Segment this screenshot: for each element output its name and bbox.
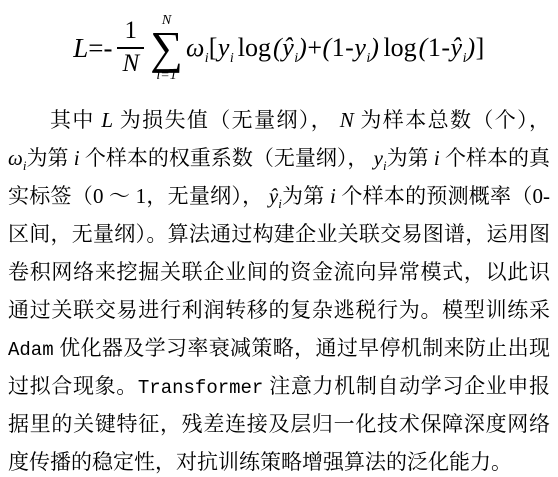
- description-paragraph: 其中 L 为损失值（无量纲）， N 为样本总数（个）， ωi为第 i 个样本的权…: [0, 96, 558, 477]
- paragraph-line: 据里的关键特征，残差连接及层归一化技术保障深度网络梯: [8, 405, 550, 443]
- sigma-symbol: ∑: [150, 28, 183, 67]
- text-segment: 据里的关键特征，残差连接及层归一化技术保障深度网络梯: [8, 412, 550, 443]
- one-minus: 1-: [428, 33, 451, 62]
- inline-math-yhat: ŷ: [269, 184, 278, 208]
- log-function: log: [238, 33, 271, 62]
- y-symbol: y: [354, 33, 366, 62]
- fraction-denominator: N: [117, 47, 144, 79]
- text-segment: 为损失值（无量纲），: [113, 108, 340, 132]
- close-bracket: ]: [476, 33, 485, 62]
- text-segment: 卷积网络来挖掘关联企业间的资金流向异常模式，以此识别: [8, 260, 550, 291]
- close-paren: ): [298, 33, 307, 62]
- text-segment: 为第: [26, 146, 73, 170]
- text-segment: 其中: [50, 108, 101, 132]
- paragraph-line: 实标签（0 ～ 1，无量纲）， ŷi为第 i 个样本的预测概率（0-1: [8, 177, 550, 215]
- paragraph-line: 区间，无量纲）。算法通过构建企业关联交易图谱，运用图: [8, 215, 550, 253]
- formula-lhs: L=-: [73, 35, 112, 62]
- inline-math-omega: ω: [8, 146, 23, 170]
- loss-function-formula: L=- 1 N N ∑ i=1 ωi[yilog(ŷi)+(1-yi)log(1…: [0, 0, 558, 96]
- paragraph-line: ωi为第 i 个样本的权重系数（无量纲）， yi为第 i 个样本的真: [8, 139, 550, 177]
- text-segment: 过拟合现象。: [8, 374, 138, 398]
- loss-symbol: L: [73, 33, 88, 63]
- y-symbol: y: [218, 33, 230, 62]
- open-bracket: [: [209, 33, 218, 62]
- summation-lower-limit: i=1: [156, 68, 176, 83]
- text-segment: 优化器及学习率衰减策略，通过早停机制来防止出现: [54, 336, 550, 360]
- weight-symbol: ω: [186, 33, 205, 62]
- y-subscript: i: [230, 51, 234, 66]
- summation: N ∑ i=1: [150, 13, 183, 83]
- text-segment: 度传播的稳定性，对抗训练策略增强算法的泛化能力。: [8, 450, 512, 474]
- open-paren: (: [273, 33, 282, 62]
- fraction-one-over-n: 1 N: [117, 17, 144, 79]
- text-segment: 区间，无量纲）。算法通过构建企业关联交易图谱，运用图: [8, 222, 550, 246]
- text-segment: 为样本总数（个），: [354, 108, 550, 132]
- document-page: L=- 1 N N ∑ i=1 ωi[yilog(ŷi)+(1-yi)log(1…: [0, 0, 558, 477]
- text-segment: 个样本的权重系数（无量纲），: [80, 146, 374, 170]
- open-paren: (: [419, 33, 428, 62]
- text-segment: 通过关联交易进行利润转移的复杂逃税行为。模型训练采用: [8, 298, 550, 329]
- text-segment: 实标签（0 ～ 1，无量纲），: [8, 184, 269, 208]
- open-paren: (: [322, 33, 331, 62]
- formula-expression: ωi[yilog(ŷi)+(1-yi)log(1-ŷi)]: [186, 35, 485, 61]
- plus-operator: +: [307, 33, 322, 62]
- inline-math-N: N: [340, 108, 354, 132]
- log-function: log: [383, 33, 416, 62]
- inline-math-L: L: [101, 108, 113, 132]
- yhat-symbol: ŷ: [451, 33, 463, 62]
- paragraph-line: 其中 L 为损失值（无量纲）， N 为样本总数（个），: [8, 101, 550, 139]
- close-paren: ): [370, 33, 379, 62]
- text-segment: 为第: [282, 184, 330, 208]
- yhat-symbol: ŷ: [282, 33, 294, 62]
- one-minus: 1-: [332, 33, 355, 62]
- inline-math-y: y: [374, 146, 383, 170]
- latin-term-transformer: Transformer: [138, 377, 263, 399]
- fraction-numerator: 1: [120, 17, 143, 47]
- close-paren: ): [466, 33, 475, 62]
- paragraph-line: 过拟合现象。Transformer 注意力机制自动学习企业申报数: [8, 367, 550, 405]
- paragraph-line: 度传播的稳定性，对抗训练策略增强算法的泛化能力。: [8, 443, 550, 477]
- text-segment: 为第: [387, 146, 434, 170]
- paragraph-line: Adam 优化器及学习率衰减策略，通过早停机制来防止出现: [8, 329, 550, 367]
- text-segment: 个样本的真: [440, 146, 550, 170]
- latin-term-adam: Adam: [8, 339, 54, 361]
- paragraph-line: 卷积网络来挖掘关联企业间的资金流向异常模式，以此识别: [8, 253, 550, 291]
- equals-minus: =-: [88, 33, 112, 63]
- paragraph-line: 通过关联交易进行利润转移的复杂逃税行为。模型训练采用: [8, 291, 550, 329]
